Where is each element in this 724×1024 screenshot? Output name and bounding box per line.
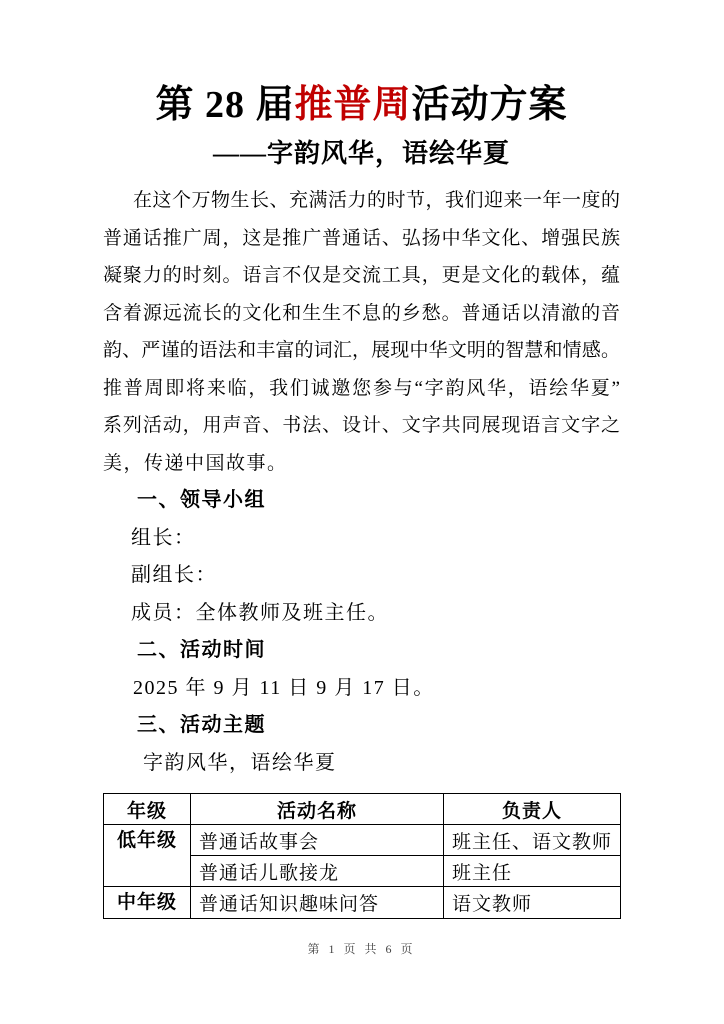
intro-line: 凝聚力的时刻。语言不仅是交流工具，更是文化的载体，蕴 [103, 257, 620, 295]
column-header-person: 负责人 [444, 794, 621, 825]
leader-item-chengyuan: 成员：全体教师及班主任。 [103, 595, 620, 633]
intro-line: 普通话推广周，这是推广普通话、弘扬中华文化、增强民族 [103, 220, 620, 258]
person-cell: 班主任 [444, 856, 621, 887]
intro-line: 韵、严谨的语法和丰富的词汇，展现中华文明的智慧和情感。 [103, 332, 620, 370]
title-part1: 第 28 届 [155, 84, 294, 126]
table-header-row: 年级 活动名称 负责人 [104, 794, 621, 825]
table-row: 中年级 普通话知识趣味问答 语文教师 [104, 887, 621, 919]
intro-line: 系列活动，用声音、书法、设计、文字共同展现语言文字之 [103, 407, 620, 445]
section-heading-time: 二、活动时间 [103, 632, 620, 670]
title-part2: 活动方案 [412, 84, 568, 126]
activity-cell: 普通话故事会 [191, 825, 444, 856]
person-cell: 班主任、语文教师 [444, 825, 621, 856]
grade-cell-low: 低年级 [104, 825, 191, 887]
leader-item-zuzhang: 组长： [103, 520, 620, 558]
activity-cell: 普通话儿歌接龙 [191, 856, 444, 887]
table-row: 低年级 普通话故事会 班主任、语文教师 [104, 825, 621, 856]
activity-theme: 字韵风华，语绘华夏 [103, 745, 620, 783]
column-header-grade: 年级 [104, 794, 191, 825]
page-title: 第 28 届推普周活动方案 [103, 78, 620, 132]
page-number: 第 1 页 共 6 页 [103, 940, 620, 957]
title-highlight-red: 推普周 [294, 84, 411, 126]
activity-cell: 普通话知识趣味问答 [191, 887, 444, 919]
page-subtitle: ——字韵风华，语绘华夏 [103, 134, 620, 174]
grade-cell-middle: 中年级 [104, 887, 191, 919]
intro-line: 含着源远流长的文化和生生不息的乡愁。普通话以清澈的音 [103, 295, 620, 333]
activities-table: 年级 活动名称 负责人 低年级 普通话故事会 班主任、语文教师 普通话儿歌接龙 … [103, 793, 621, 919]
column-header-activity: 活动名称 [191, 794, 444, 825]
intro-line: 美，传递中国故事。 [103, 445, 620, 483]
section-heading-leaders: 一、领导小组 [103, 482, 620, 520]
intro-line: 推普周即将来临，我们诚邀您参与“字韵风华，语绘华夏” [103, 370, 620, 408]
person-cell: 语文教师 [444, 887, 621, 919]
leader-item-fuzuzhang: 副组长： [103, 557, 620, 595]
activity-date: 2025 年 9 月 11 日 9 月 17 日。 [103, 670, 620, 708]
intro-line: 在这个万物生长、充满活力的时节，我们迎来一年一度的 [103, 182, 620, 220]
document-page: 第 28 届推普周活动方案 ——字韵风华，语绘华夏 在这个万物生长、充满活力的时… [0, 0, 724, 1024]
section-heading-theme: 三、活动主题 [103, 707, 620, 745]
intro-paragraph: 在这个万物生长、充满活力的时节，我们迎来一年一度的 普通话推广周，这是推广普通话… [103, 182, 620, 482]
